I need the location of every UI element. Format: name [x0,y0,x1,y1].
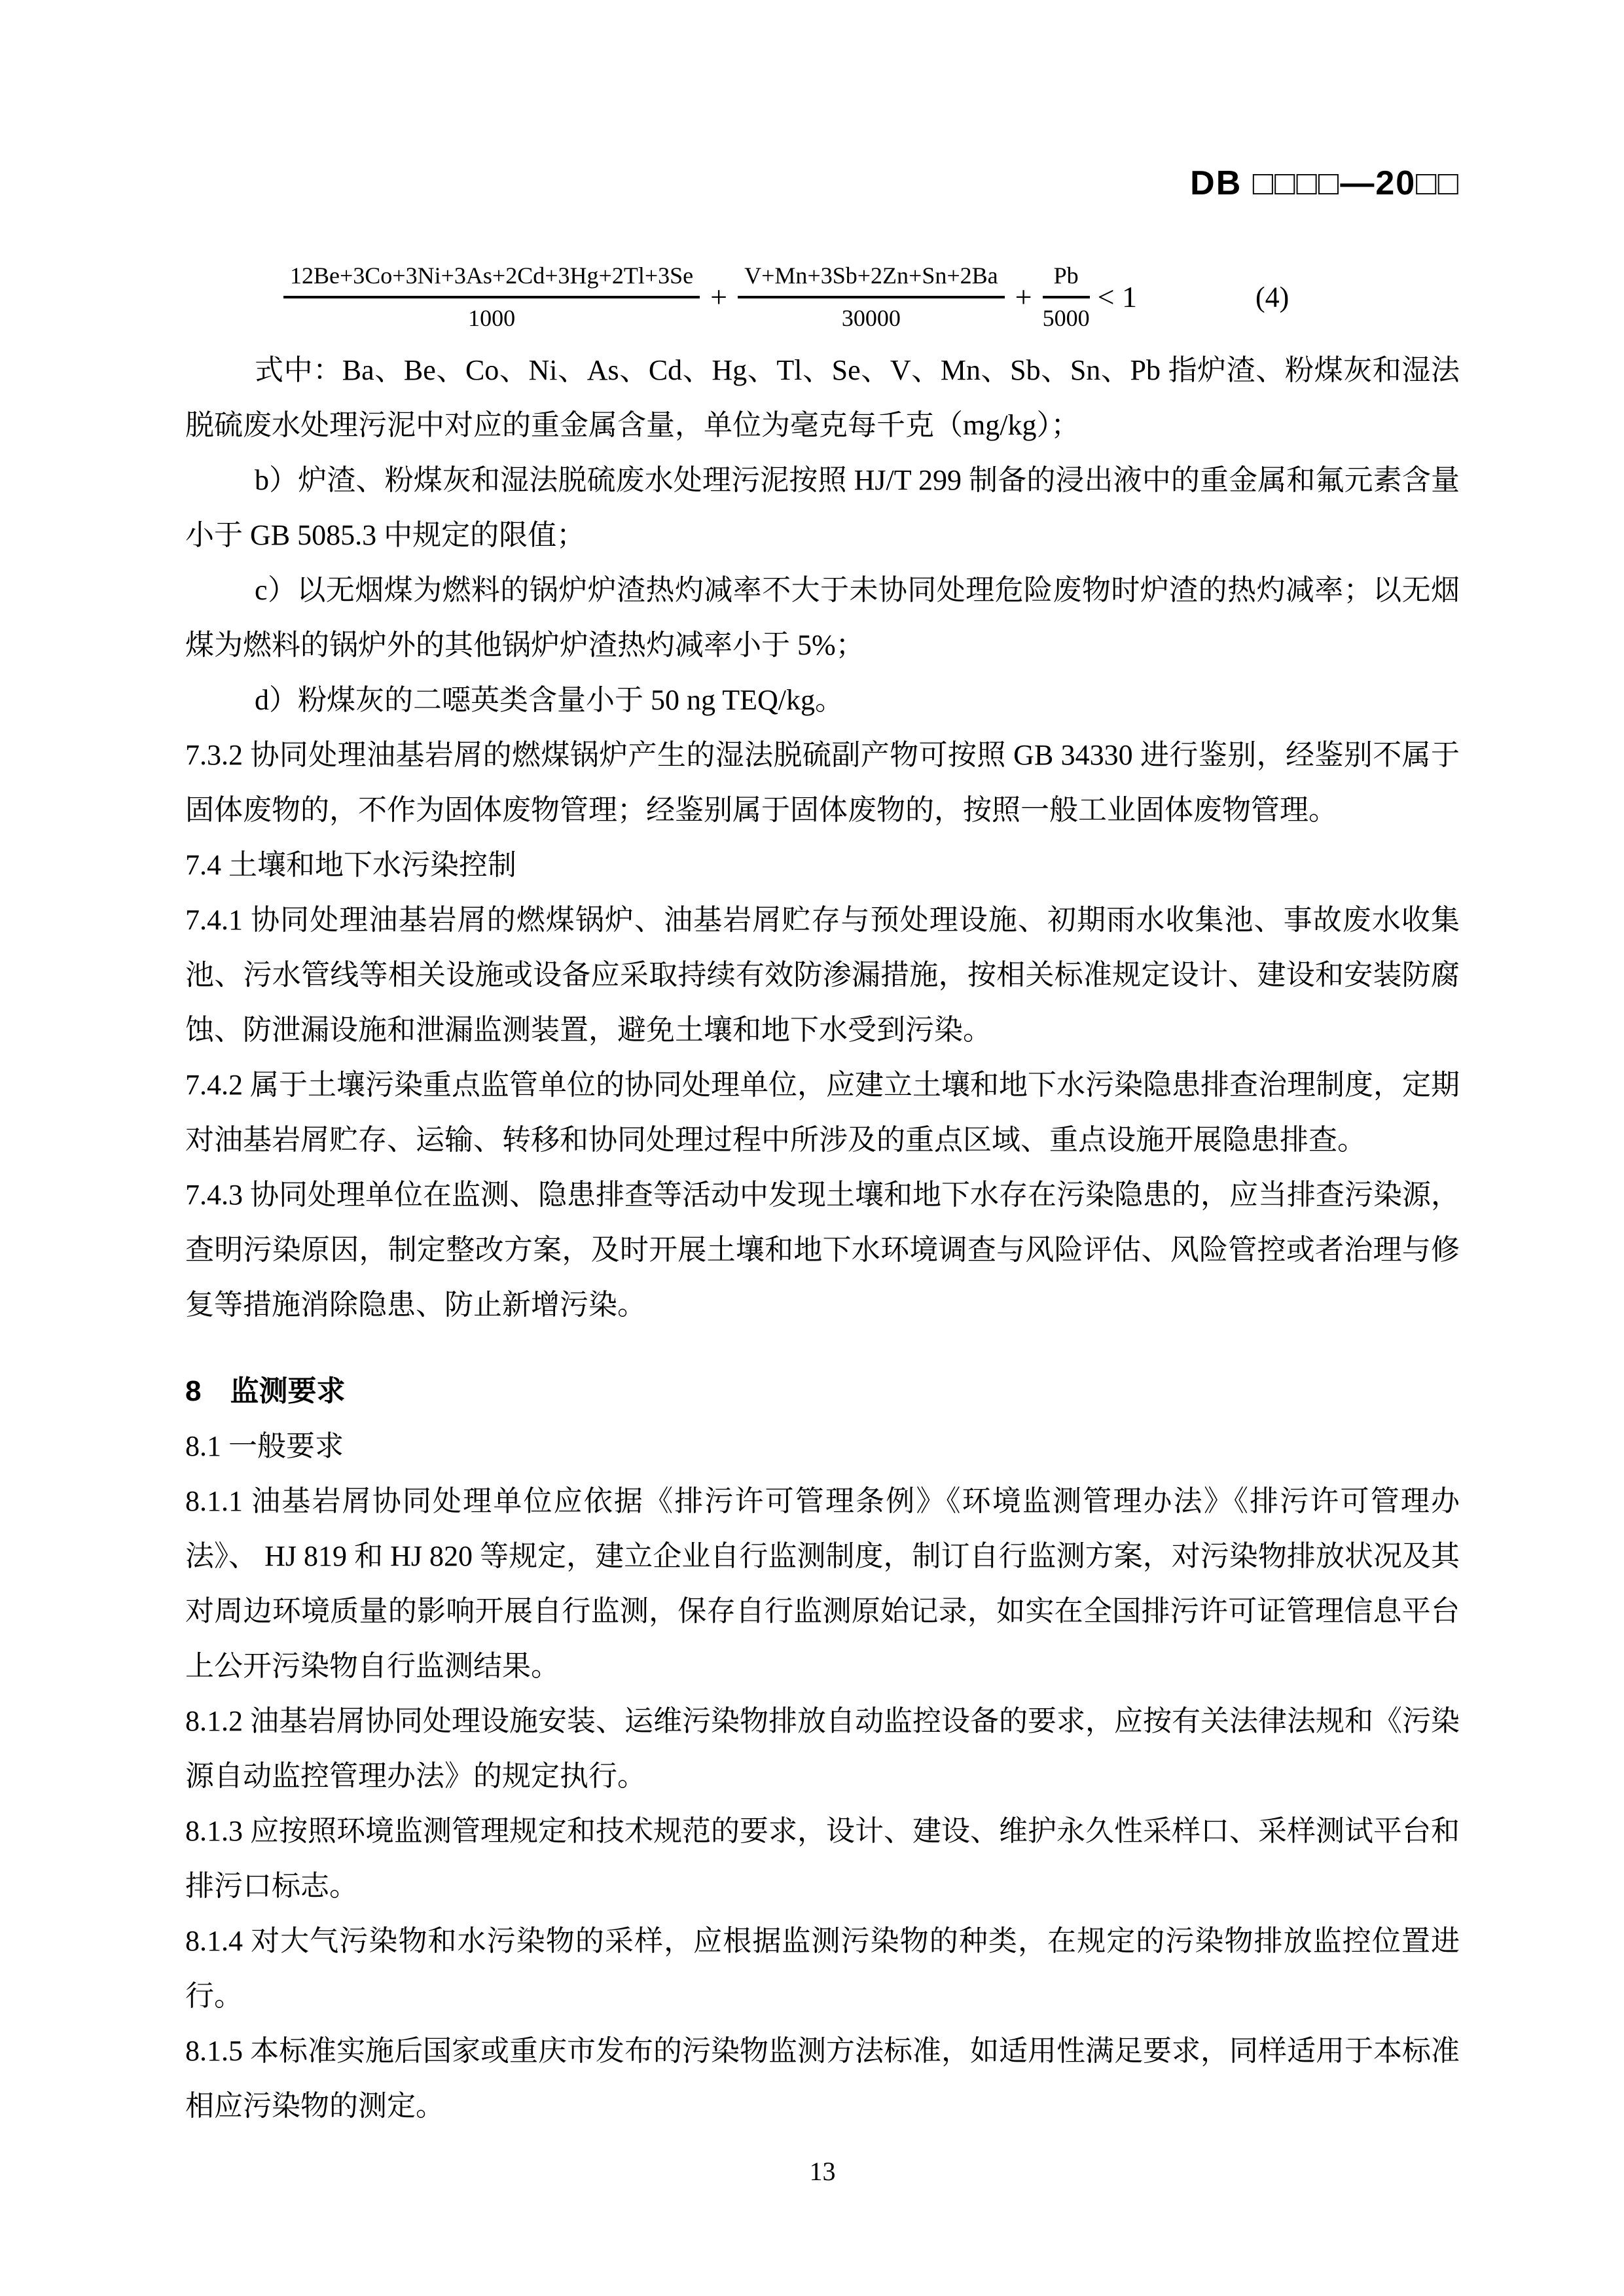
heading-8-1: 8.1 一般要求 [185,1419,1460,1474]
list-item-b: b）炉渣、粉煤灰和湿法脱硫废水处理污泥按照 HJ/T 299 制备的浸出液中的重… [185,453,1460,563]
clause-7-4-1: 7.4.1 协同处理油基岩屑的燃煤锅炉、油基岩屑贮存与预处理设施、初期雨水收集池… [185,893,1460,1058]
list-item-c: c）以无烟煤为燃料的锅炉炉渣热灼减率不大于未协同处理危险废物时炉渣的热灼减率；以… [185,563,1460,673]
clause-8-1-1: 8.1.1 油基岩屑协同处理单位应依据《排污许可管理条例》《环境监测管理办法》《… [185,1474,1460,1694]
formula-fraction-3: Pb 5000 [1043,261,1090,333]
plus-operator-2: + [1015,278,1032,316]
clause-8-1-4: 8.1.4 对大气污染物和水污染物的采样，应根据监测污染物的种类，在规定的污染物… [185,1914,1460,2024]
page-number: 13 [185,2152,1460,2191]
doc-code-header: DB □□□□—20□□ [185,0,1460,204]
document-page: DB □□□□—20□□ 12Be+3Co+3Ni+3As+2Cd+3Hg+2T… [0,0,1624,2191]
clause-7-4-3: 7.4.3 协同处理单位在监测、隐患排查等活动中发现土壤和地下水存在污染隐患的，… [185,1168,1460,1333]
formula-fraction-2: V+Mn+3Sb+2Zn+Sn+2Ba 30000 [738,261,1005,333]
formula-4: 12Be+3Co+3Ni+3As+2Cd+3Hg+2Tl+3Se 1000 + … [185,251,1460,343]
fraction-3-denominator: 5000 [1043,298,1090,333]
list-item-d: d）粉煤灰的二噁英类含量小于 50 ng TEQ/kg。 [185,673,1460,728]
heading-7-4: 7.4 土壤和地下水污染控制 [185,838,1460,893]
fraction-2-denominator: 30000 [738,298,1005,333]
paragraph-formula-legend: 式中：Ba、Be、Co、Ni、As、Cd、Hg、Tl、Se、V、Mn、Sb、Sn… [185,343,1460,453]
clause-7-3-2: 7.3.2 协同处理油基岩屑的燃煤锅炉产生的湿法脱硫副产物可按照 GB 3433… [185,728,1460,838]
heading-8: 8 监测要求 [185,1364,1460,1419]
clause-8-1-5: 8.1.5 本标准实施后国家或重庆市发布的污染物监测方法标准，如适用性满足要求，… [185,2024,1460,2134]
fraction-1-numerator: 12Be+3Co+3Ni+3As+2Cd+3Hg+2Tl+3Se [283,261,700,298]
clause-8-1-3: 8.1.3 应按照环境监测管理规定和技术规范的要求，设计、建设、维护永久性采样口… [185,1804,1460,1914]
fraction-3-numerator: Pb [1043,261,1090,298]
clause-7-4-2: 7.4.2 属于土壤污染重点监管单位的协同处理单位，应建立土壤和地下水污染隐患排… [185,1058,1460,1168]
formula-fraction-1: 12Be+3Co+3Ni+3As+2Cd+3Hg+2Tl+3Se 1000 [283,261,700,333]
equation-number: (4) [1255,279,1289,315]
fraction-2-numerator: V+Mn+3Sb+2Zn+Sn+2Ba [738,261,1005,298]
clause-8-1-2: 8.1.2 油基岩屑协同处理设施安装、运维污染物排放自动监控设备的要求，应按有关… [185,1694,1460,1804]
less-than-relation: < 1 [1098,278,1137,316]
fraction-1-denominator: 1000 [283,298,700,333]
plus-operator-1: + [710,278,727,316]
